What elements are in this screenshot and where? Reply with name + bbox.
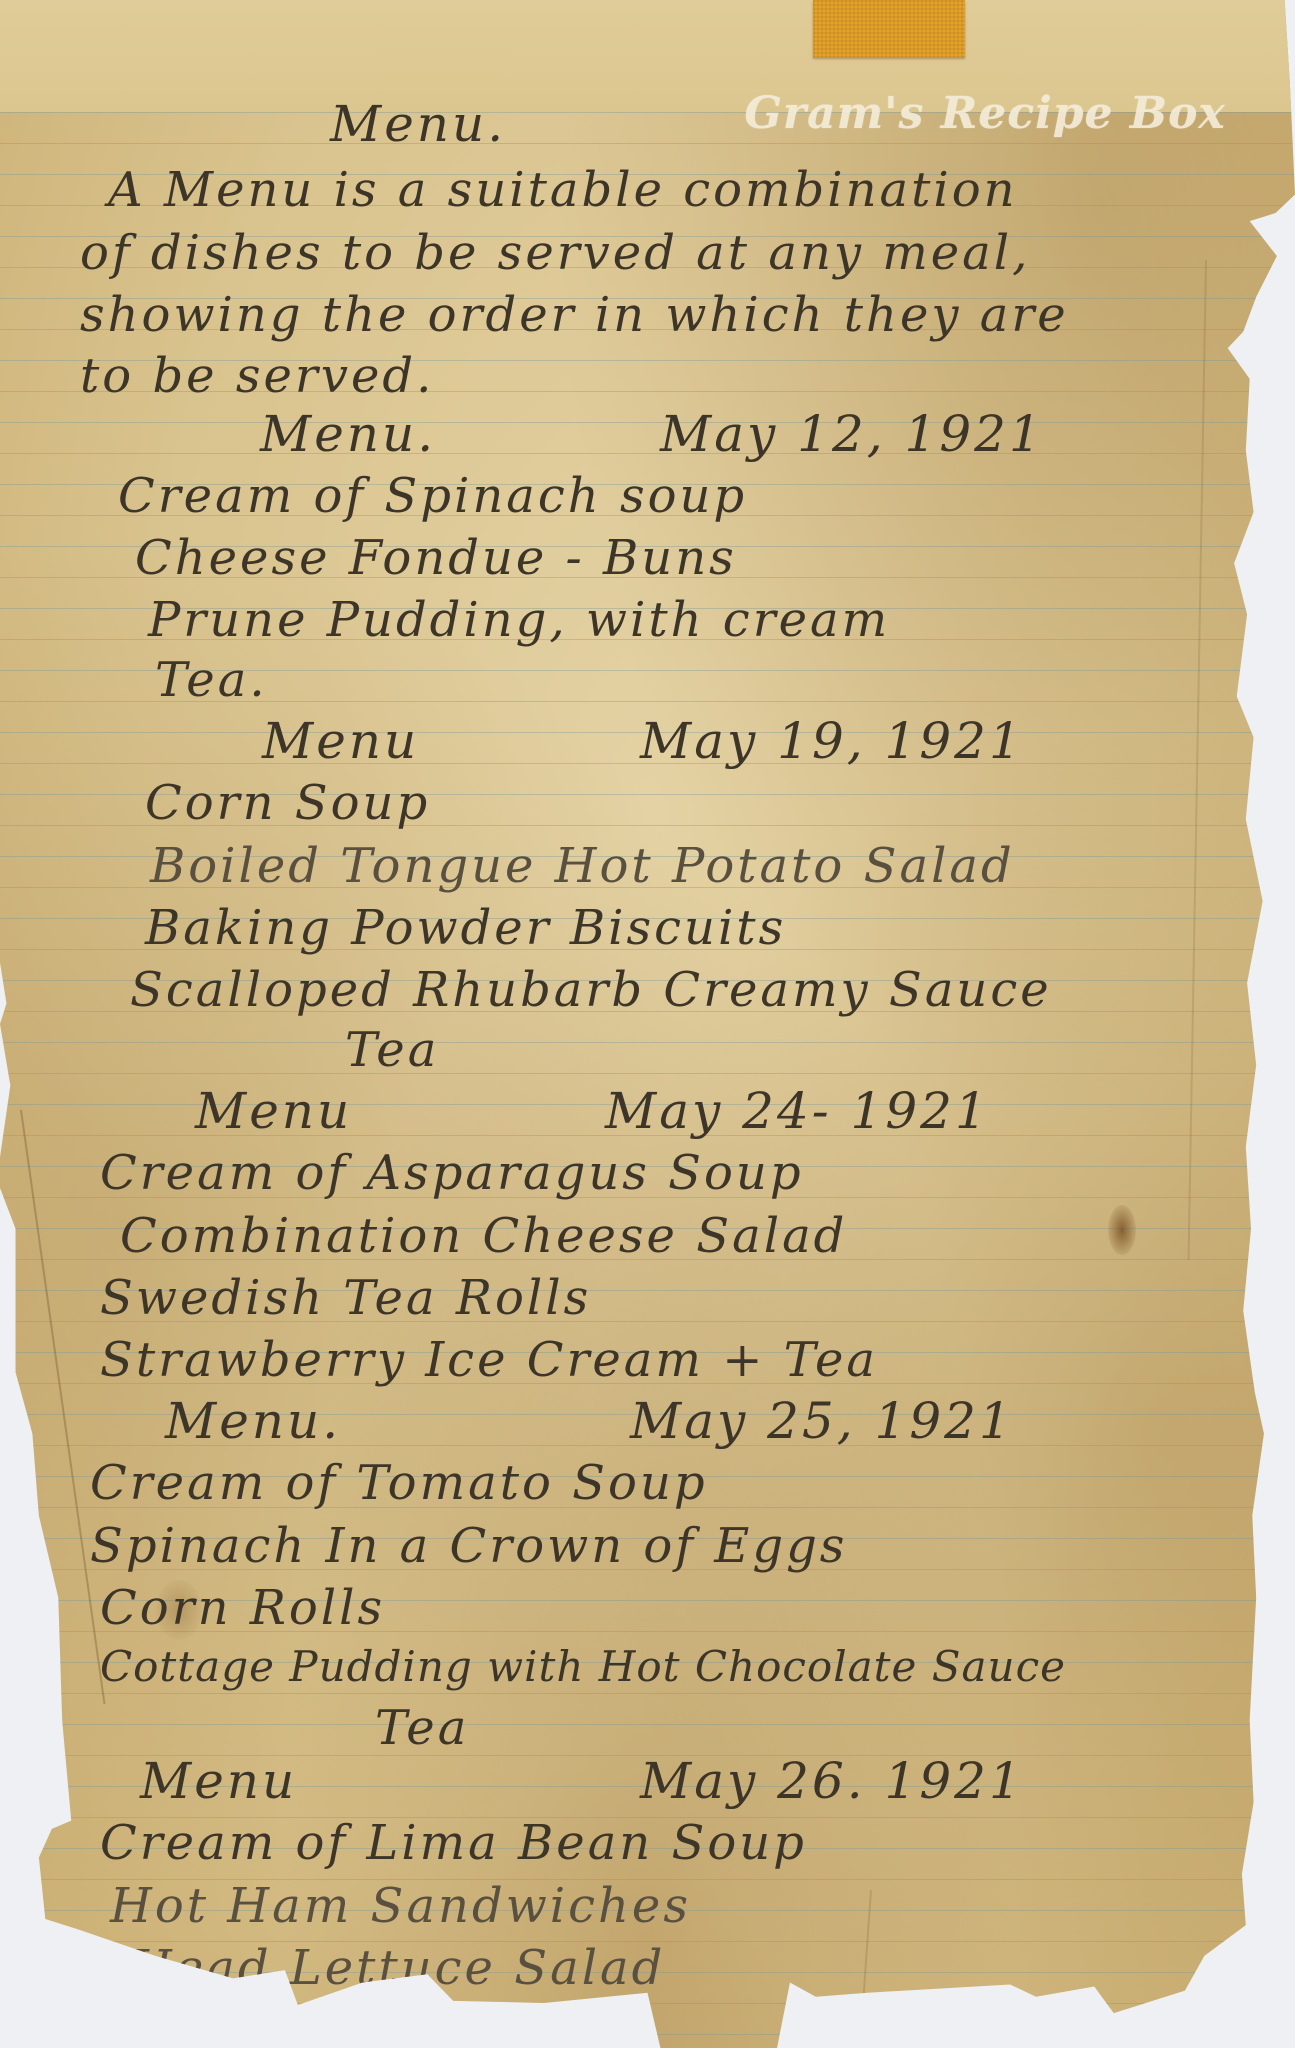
menu-item: Cream of Asparagus Soup <box>100 1145 804 1201</box>
definition-line: to be served. <box>80 348 434 404</box>
menu-date: May 19, 1921 <box>640 712 1024 770</box>
menu-date: May 12, 1921 <box>660 405 1044 463</box>
menu-label: Menu <box>195 1082 352 1140</box>
menu-item: Corn Rolls <box>100 1580 385 1636</box>
menu-item: Cottage Pudding with Hot Chocolate Sauce <box>100 1642 1066 1691</box>
menu-item: Cream of Lima Bean Soup <box>100 1815 807 1871</box>
menu-label: Menu. <box>165 1392 341 1450</box>
menu-item: Hot Ham Sandwiches <box>110 1878 691 1934</box>
menu-item: Scalloped Rhubarb Creamy Sauce <box>130 962 1052 1018</box>
menu-item: Boiled Tongue Hot Potato Salad <box>150 838 1015 894</box>
menu-item: Baking Powder Biscuits <box>145 900 786 956</box>
menu-item: Tea <box>375 1700 469 1756</box>
menu-item: Tea. <box>155 652 268 708</box>
menu-label: Menu <box>262 712 419 770</box>
menu-item: Head Lettuce Salad <box>130 1940 665 1996</box>
definition-line: of dishes to be served at any meal, <box>80 225 1030 281</box>
menu-label: Menu. <box>260 405 436 463</box>
menu-item: Combination Cheese Salad <box>120 1208 847 1264</box>
menu-item: Spinach In a Crown of Eggs <box>90 1518 847 1574</box>
definition-line: A Menu is a suitable combination <box>108 162 1018 218</box>
menu-item: Cream of Spinach soup <box>118 468 747 524</box>
menu-item: Tea <box>345 1022 439 1078</box>
recipe-page: Menu. A Menu is a suitable combination o… <box>0 0 1295 2048</box>
page-heading: Menu. <box>330 95 506 153</box>
menu-label: Menu <box>140 1752 297 1810</box>
menu-item: Swedish Tea Rolls <box>100 1270 591 1326</box>
menu-item: Cream of Tomato Soup <box>90 1455 708 1511</box>
menu-date: May 26. 1921 <box>640 1752 1024 1810</box>
index-tab <box>813 0 965 58</box>
menu-item: Cheese Fondue - Buns <box>135 530 737 586</box>
menu-item: Strawberry Ice Cream + Tea <box>100 1332 878 1388</box>
menu-date: May 25, 1921 <box>630 1392 1014 1450</box>
menu-date: May 24- 1921 <box>605 1082 990 1140</box>
stain <box>1108 1205 1136 1255</box>
menu-item: Corn Soup <box>145 775 430 831</box>
menu-item: Prune Pudding, with cream <box>148 592 890 648</box>
definition-line: showing the order in which they are <box>80 287 1069 343</box>
watermark-text: Gram's Recipe Box <box>740 88 1230 139</box>
